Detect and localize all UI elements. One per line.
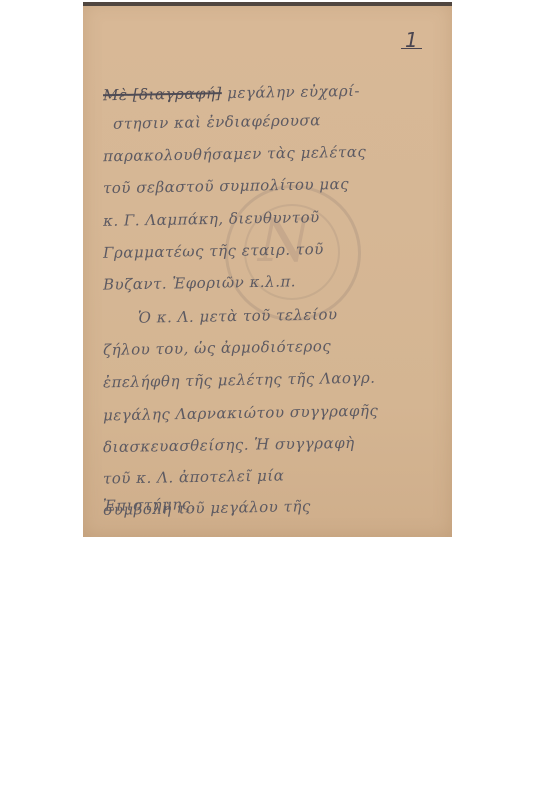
handwritten-line: τοῦ κ. Λ. ἀποτελεῖ μία (103, 466, 285, 487)
page-number: 1 (401, 32, 422, 49)
handwritten-line: στησιν καὶ ἐνδιαφέρουσα (113, 111, 321, 133)
handwritten-line: Γραμματέως τῆς εταιρ. τοῦ (103, 240, 324, 262)
manuscript-page: 1 Ν Μὲ [διαγραφή] μεγάλην εὐχαρί- στησιν… (83, 2, 452, 537)
struck-through-word: Μὲ [διαγραφή] (103, 84, 222, 104)
handwritten-line: παρακολουθήσαμεν τὰς μελέτας (103, 143, 367, 166)
handwritten-line: Μὲ [διαγραφή] μεγάλην εὐχαρί- (103, 82, 360, 104)
handwritten-line-last: Ἐπιστήμης. (103, 495, 196, 515)
scan-edge-strip (83, 2, 452, 6)
handwritten-line: Ὁ κ. Λ. μετὰ τοῦ τελείου (138, 305, 338, 326)
handwritten-line: διασκευασθείσης. Ἡ συγγραφὴ (103, 434, 355, 456)
handwritten-line: κ. Γ. Λαμπάκη, διευθυντοῦ (103, 208, 320, 230)
handwritten-line: Βυζαντ. Ἐφοριῶν κ.λ.π. (103, 272, 296, 293)
handwritten-line: ζήλου του, ὡς ἀρμοδιότερος (103, 337, 331, 359)
handwritten-line: ἐπελήφθη τῆς μελέτης τῆς Λαογρ. (103, 369, 376, 392)
handwritten-line: μεγάλης Λαρνακιώτου συγγραφῆς (103, 402, 379, 425)
